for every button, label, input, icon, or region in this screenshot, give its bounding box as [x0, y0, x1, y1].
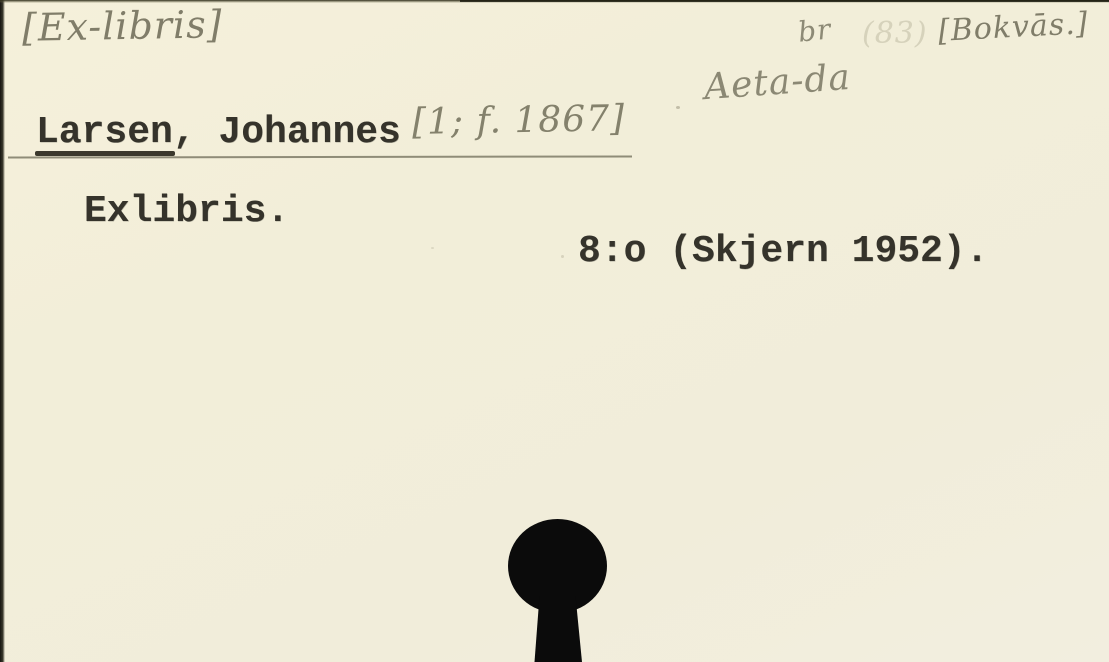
typed-imprint-line: 8:o (Skjern 1952).	[578, 233, 988, 271]
punch-hole-keyhole-stem	[533, 596, 583, 662]
heading-underline-typed	[35, 151, 175, 156]
handwritten-classification: Aeta-da	[703, 57, 852, 108]
paper-speck	[431, 247, 434, 249]
handwritten-bokvas-note: [Bokvās.]	[937, 6, 1089, 49]
paper-speck	[561, 255, 564, 258]
scan-edge-left	[0, 0, 5, 662]
paper-speck	[676, 106, 680, 109]
scan-edge-top-dark	[460, 0, 1109, 2]
handwritten-ex-libris-note: [Ex-libris]	[22, 2, 223, 49]
catalog-card: [Ex-libris] br (83) [Bokvās.] Aeta-da La…	[0, 0, 1109, 662]
typed-subject-line: Exlibris.	[84, 193, 289, 231]
handwritten-br-note: br	[796, 12, 833, 48]
handwritten-erased-number: (83)	[862, 16, 928, 51]
handwritten-author-dates: [1; f. 1867]	[412, 98, 626, 143]
typed-author-heading: Larsen, Johannes	[36, 114, 401, 152]
